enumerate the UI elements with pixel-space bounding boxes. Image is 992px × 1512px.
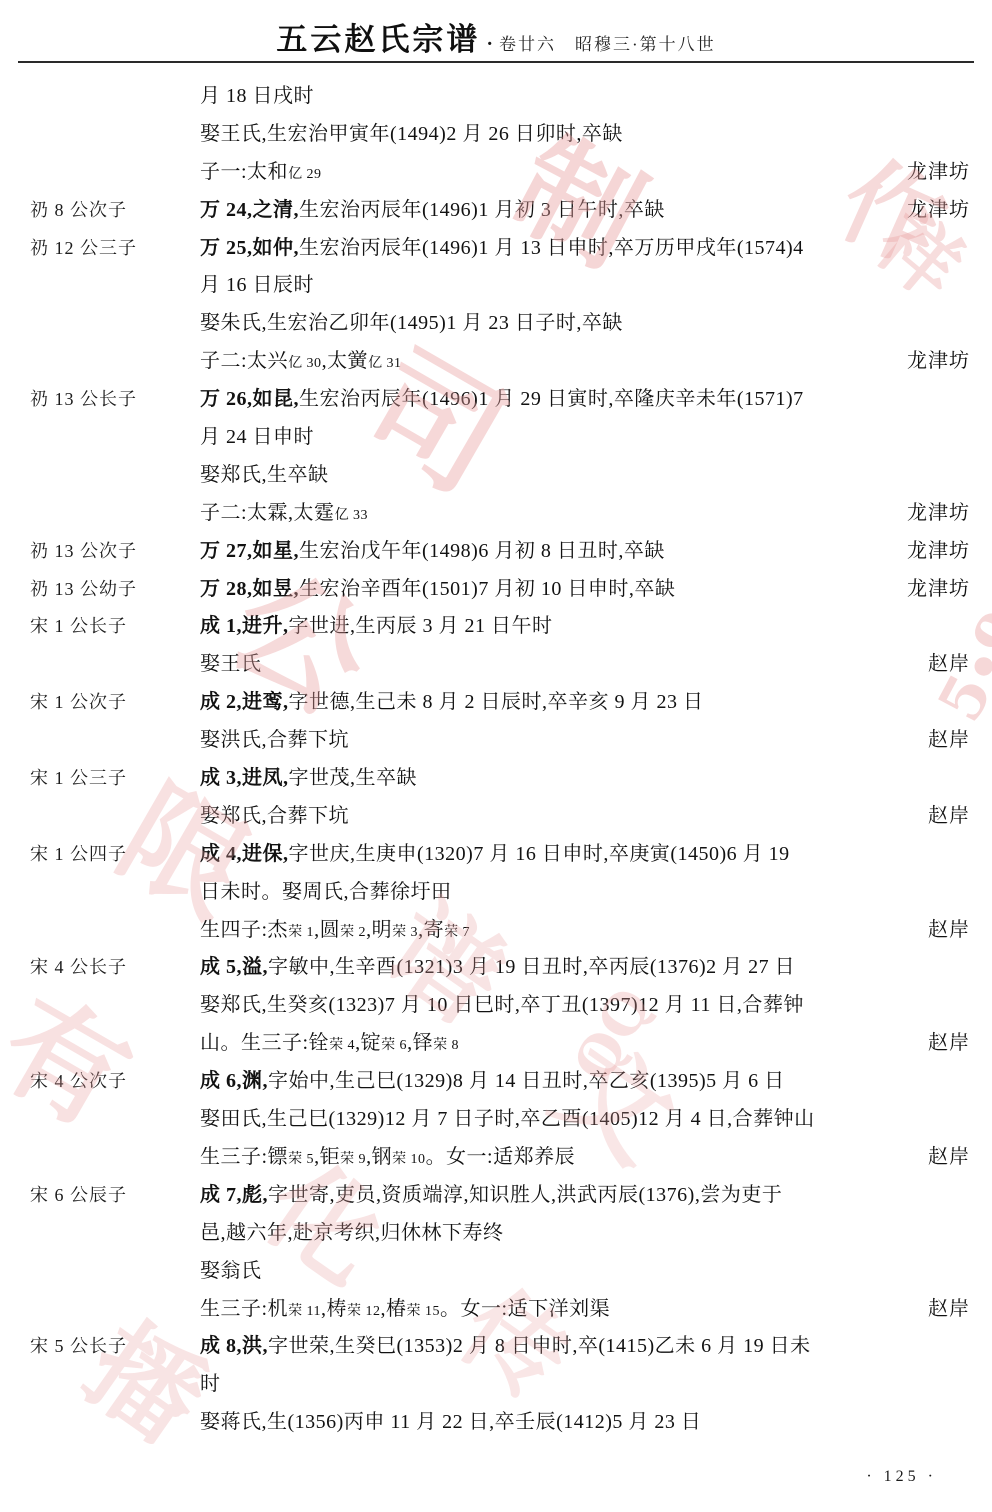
place-tag: 赵岸	[928, 1139, 970, 1177]
genealogy-rows: 月 18 日戌时娶王氏,生宏治甲寅年(1494)2 月 26 日卯时,卒缺子一:…	[0, 78, 992, 1442]
place-tag: 赵岸	[928, 912, 970, 950]
entry-text: 子二:太兴亿 30,太黉亿 31	[200, 343, 402, 383]
genealogy-row: 生三子:镖荣 5,钜荣 9,钢荣 10。女一:适郑养辰赵岸	[0, 1139, 992, 1177]
genealogy-row: 娶洪氏,合葬下坑赵岸	[0, 722, 992, 760]
relation-label: 宋 1 公次子	[30, 684, 127, 722]
genealogy-row: 生四子:杰荣 1,圆荣 2,明荣 3,寄荣 7赵岸	[0, 912, 992, 950]
relation-label: 礽 13 公次子	[30, 533, 137, 571]
entry-text: 娶王氏,生宏治甲寅年(1494)2 月 26 日卯时,卒缺	[200, 116, 623, 154]
place-tag: 龙津坊	[907, 571, 970, 609]
genealogy-row: 礽 12 公三子万 25,如仲,生宏治丙辰年(1496)1 月 13 日申时,卒…	[0, 230, 992, 268]
entry-text: 成 3,进凤,字世茂,生卒缺	[200, 760, 417, 798]
genealogy-page: 制作司公祥徐5∙94759限有谱文化播传QQ 五云赵氏宗谱·卷廿六 昭穆三·第十…	[0, 0, 992, 1512]
entry-text: 娶王氏	[200, 646, 262, 684]
entry-text: 娶朱氏,生宏治乙卯年(1495)1 月 23 日子时,卒缺	[200, 305, 623, 343]
genealogy-row: 子二:太霖,太霆亿 33龙津坊	[0, 495, 992, 533]
entry-text: 万 28,如昱,生宏治辛酉年(1501)7 月初 10 日申时,卒缺	[200, 571, 675, 609]
genealogy-row: 礽 13 公次子万 27,如星,生宏治戊午年(1498)6 月初 8 日丑时,卒…	[0, 533, 992, 571]
entry-text: 成 1,进升,字世进,生丙辰 3 月 21 日午时	[200, 608, 553, 646]
entry-text: 成 2,进鸾,字世德,生己未 8 月 2 日辰时,卒辛亥 9 月 23 日	[200, 684, 704, 722]
relation-label: 礽 12 公三子	[30, 230, 137, 268]
genealogy-row: 山。生三子:铨荣 4,锭荣 6,铎荣 8赵岸	[0, 1025, 992, 1063]
genealogy-row: 宋 4 公次子成 6,渊,字始中,生己巳(1329)8 月 14 日丑时,卒乙亥…	[0, 1063, 992, 1101]
genealogy-row: 娶郑氏,生卒缺	[0, 457, 992, 495]
genealogy-row: 宋 4 公长子成 5,溢,字敏中,生辛酉(1321)3 月 19 日丑时,卒丙辰…	[0, 949, 992, 987]
place-tag: 龙津坊	[907, 495, 970, 533]
genealogy-row: 宋 5 公长子成 8,洪,字世荣,生癸巳(1353)2 月 8 日申时,卒(14…	[0, 1328, 992, 1366]
genealogy-row: 娶田氏,生己巳(1329)12 月 7 日子时,卒乙酉(1405)12 月 4 …	[0, 1101, 992, 1139]
volume-subtitle: 卷廿六 昭穆三·第十八世	[499, 35, 716, 54]
entry-text: 成 7,彪,字世寄,吏员,资质端淳,知识胜人,洪武丙辰(1376),尝为吏于	[200, 1177, 782, 1215]
entry-text: 娶洪氏,合葬下坑	[200, 722, 349, 760]
entry-text: 月 16 日辰时	[200, 267, 314, 305]
relation-label: 礽 13 公幼子	[30, 571, 137, 609]
place-tag: 赵岸	[928, 798, 970, 836]
place-tag: 赵岸	[928, 1025, 970, 1063]
genealogy-row: 娶翁氏	[0, 1253, 992, 1291]
genealogy-row: 日未时。娶周氏,合葬徐圩田	[0, 874, 992, 912]
genealogy-row: 月 18 日戌时	[0, 78, 992, 116]
genealogy-row: 娶朱氏,生宏治乙卯年(1495)1 月 23 日子时,卒缺	[0, 305, 992, 343]
genealogy-row: 娶郑氏,生癸亥(1323)7 月 10 日巳时,卒丁丑(1397)12 月 11…	[0, 987, 992, 1025]
entry-text: 万 25,如仲,生宏治丙辰年(1496)1 月 13 日申时,卒万历甲戌年(15…	[200, 230, 804, 268]
entry-text: 月 24 日申时	[200, 419, 314, 457]
entry-text: 万 24,之清,生宏治丙辰年(1496)1 月初 3 日午时,卒缺	[200, 192, 665, 230]
entry-text: 子一:太和亿 29	[200, 154, 322, 194]
entry-text: 成 5,溢,字敏中,生辛酉(1321)3 月 19 日丑时,卒丙辰(1376)2…	[200, 949, 795, 987]
entry-text: 娶郑氏,生癸亥(1323)7 月 10 日巳时,卒丁丑(1397)12 月 11…	[200, 987, 804, 1025]
entry-text: 成 4,进保,字世庆,生庚申(1320)7 月 16 日申时,卒庚寅(1450)…	[200, 836, 790, 874]
entry-text: 日未时。娶周氏,合葬徐圩田	[200, 874, 452, 912]
entry-text: 成 6,渊,字始中,生己巳(1329)8 月 14 日丑时,卒乙亥(1395)5…	[200, 1063, 785, 1101]
place-tag: 龙津坊	[907, 192, 970, 230]
genealogy-row: 宋 6 公辰子成 7,彪,字世寄,吏员,资质端淳,知识胜人,洪武丙辰(1376)…	[0, 1177, 992, 1215]
relation-label: 宋 1 公长子	[30, 608, 127, 646]
entry-text: 成 8,洪,字世荣,生癸巳(1353)2 月 8 日申时,卒(1415)乙未 6…	[200, 1328, 811, 1366]
genealogy-row: 礽 13 公长子万 26,如昆,生宏治丙辰年(1496)1 月 29 日寅时,卒…	[0, 381, 992, 419]
genealogy-row: 宋 1 公长子成 1,进升,字世进,生丙辰 3 月 21 日午时	[0, 608, 992, 646]
relation-label: 宋 1 公三子	[30, 760, 127, 798]
genealogy-row: 子二:太兴亿 30,太黉亿 31龙津坊	[0, 343, 992, 381]
genealogy-row: 子一:太和亿 29龙津坊	[0, 154, 992, 192]
entry-text: 月 18 日戌时	[200, 78, 314, 116]
entry-text: 生三子:镖荣 5,钜荣 9,钢荣 10。女一:适郑养辰	[200, 1139, 575, 1179]
entry-text: 时	[200, 1366, 221, 1404]
relation-label: 宋 4 公次子	[30, 1063, 127, 1101]
entry-text: 万 26,如昆,生宏治丙辰年(1496)1 月 29 日寅时,卒隆庆辛未年(15…	[200, 381, 804, 419]
place-tag: 赵岸	[928, 722, 970, 760]
page-number: · 125 ·	[866, 1468, 937, 1486]
relation-label: 宋 1 公四子	[30, 836, 127, 874]
page-header: 五云赵氏宗谱·卷廿六 昭穆三·第十八世	[0, 14, 992, 59]
relation-label: 礽 8 公次子	[30, 192, 127, 230]
title-separator-dot: ·	[480, 33, 499, 55]
genealogy-row: 月 24 日申时	[0, 419, 992, 457]
genealogy-row: 娶蒋氏,生(1356)丙申 11 月 22 日,卒壬辰(1412)5 月 23 …	[0, 1404, 992, 1442]
header-divider-line	[18, 61, 974, 63]
relation-label: 礽 13 公长子	[30, 381, 137, 419]
entry-text: 娶翁氏	[200, 1253, 262, 1291]
entry-text: 邑,越六年,赴京考织,归休林下寿终	[200, 1215, 504, 1253]
genealogy-row: 礽 8 公次子万 24,之清,生宏治丙辰年(1496)1 月初 3 日午时,卒缺…	[0, 192, 992, 230]
place-tag: 龙津坊	[907, 533, 970, 571]
genealogy-row: 礽 13 公幼子万 28,如昱,生宏治辛酉年(1501)7 月初 10 日申时,…	[0, 571, 992, 609]
relation-label: 宋 4 公长子	[30, 949, 127, 987]
book-title: 五云赵氏宗谱	[276, 22, 480, 57]
genealogy-row: 月 16 日辰时	[0, 267, 992, 305]
genealogy-row: 宋 1 公三子成 3,进凤,字世茂,生卒缺	[0, 760, 992, 798]
genealogy-row: 宋 1 公次子成 2,进鸾,字世德,生己未 8 月 2 日辰时,卒辛亥 9 月 …	[0, 684, 992, 722]
entry-text: 娶郑氏,合葬下坑	[200, 798, 349, 836]
place-tag: 龙津坊	[907, 154, 970, 192]
place-tag: 赵岸	[928, 646, 970, 684]
entry-text: 娶郑氏,生卒缺	[200, 457, 329, 495]
genealogy-row: 娶王氏,生宏治甲寅年(1494)2 月 26 日卯时,卒缺	[0, 116, 992, 154]
genealogy-row: 娶郑氏,合葬下坑赵岸	[0, 798, 992, 836]
entry-text: 生四子:杰荣 1,圆荣 2,明荣 3,寄荣 7	[200, 912, 470, 952]
genealogy-row: 娶王氏赵岸	[0, 646, 992, 684]
entry-text: 生三子:机荣 11,梼荣 12,椿荣 15。女一:适下洋刘渠	[200, 1291, 610, 1331]
genealogy-row: 时	[0, 1366, 992, 1404]
entry-text: 娶蒋氏,生(1356)丙申 11 月 22 日,卒壬辰(1412)5 月 23 …	[200, 1404, 701, 1442]
relation-label: 宋 5 公长子	[30, 1328, 127, 1366]
genealogy-row: 邑,越六年,赴京考织,归休林下寿终	[0, 1215, 992, 1253]
relation-label: 宋 6 公辰子	[30, 1177, 127, 1215]
genealogy-row: 生三子:机荣 11,梼荣 12,椿荣 15。女一:适下洋刘渠赵岸	[0, 1291, 992, 1329]
entry-text: 山。生三子:铨荣 4,锭荣 6,铎荣 8	[200, 1025, 459, 1065]
entry-text: 子二:太霖,太霆亿 33	[200, 495, 368, 535]
place-tag: 龙津坊	[907, 343, 970, 381]
entry-text: 万 27,如星,生宏治戊午年(1498)6 月初 8 日丑时,卒缺	[200, 533, 665, 571]
place-tag: 赵岸	[928, 1291, 970, 1329]
entry-text: 娶田氏,生己巳(1329)12 月 7 日子时,卒乙酉(1405)12 月 4 …	[200, 1101, 815, 1139]
genealogy-row: 宋 1 公四子成 4,进保,字世庆,生庚申(1320)7 月 16 日申时,卒庚…	[0, 836, 992, 874]
